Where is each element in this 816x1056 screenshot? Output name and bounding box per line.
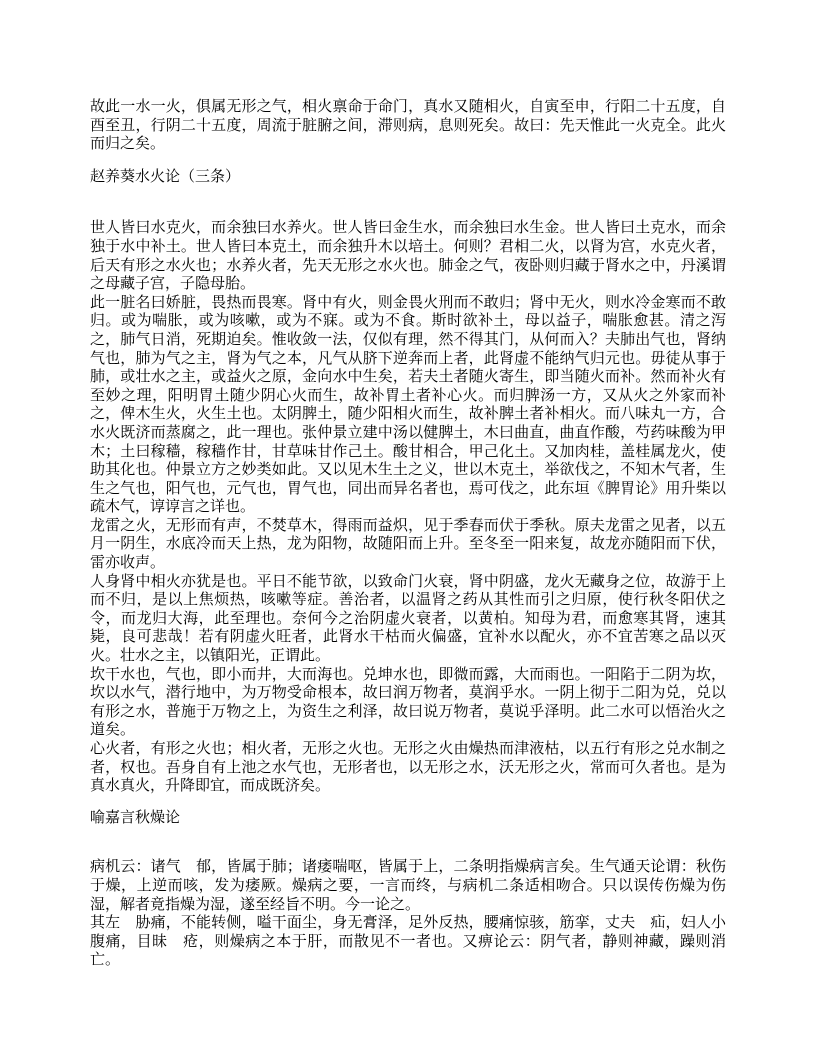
paragraph-world-says-water-conquers-fire: 世人皆曰水克火，而余独曰水养火。世人皆曰金生水，而余独曰水生金。世人皆曰土克水，… <box>90 219 726 293</box>
paragraph-dragon-thunder-fire: 龙雷之火，无形而有声，不焚草木，得雨而益炽，见于季春而伏于季秋。原夫龙雷之见者，… <box>90 517 726 573</box>
paragraph-disease-mechanism-dryness: 病机云：诸气 郁，皆属于肺；诸痿喘呕，皆属于上，二条明指燥病言矣。生气通天论谓：… <box>90 858 726 914</box>
paragraph-heart-fire-formless-fire: 心火者，有形之火也；相火者，无形之火也。无形之火由燥热而津液枯，以五行有形之兑水… <box>90 740 726 796</box>
paragraph-water-fire-conclusion: 故此一水一火，俱属无形之气，相火禀命于命门，真水又随相火，自寅至申，行阳二十五度… <box>90 98 726 154</box>
paragraph-delicate-organ-lung: 此一脏名曰娇脏，畏热而畏寒。肾中有火，则金畏火刑而不敢归；肾中无火，则水冷金寒而… <box>90 294 726 517</box>
paragraph-kan-dui-waters: 坎干水也，气也，即小而井，大而海也。兑坤水也，即微而露，大而雨也。一阳陷于二阴为… <box>90 666 726 740</box>
paragraph-dryness-symptoms-liver: 其左 胁痛，不能转侧，嗌干面尘，身无膏泽，足外反热，腰痛惊骇，筋挛，丈夫 疝，妇… <box>90 914 726 970</box>
document-text-column: 故此一水一火，俱属无形之气，相火禀命于命门，真水又随相火，自寅至申，行阳二十五度… <box>90 98 726 970</box>
section-heading-yu-jiayan-autumn-dryness-essay: 喻嘉言秋燥论 <box>90 809 726 828</box>
section-heading-zhao-yangkui-water-fire-essay: 赵养葵水火论（三条） <box>90 168 726 187</box>
document-page: 故此一水一火，俱属无形之气，相火禀命于命门，真水又随相火，自寅至申，行阳二十五度… <box>0 0 816 1056</box>
paragraph-kidney-ministerial-fire: 人身肾中相火亦犹是也。平日不能节欲，以致命门火衰，肾中阴盛，龙火无藏身之位，故游… <box>90 573 726 666</box>
